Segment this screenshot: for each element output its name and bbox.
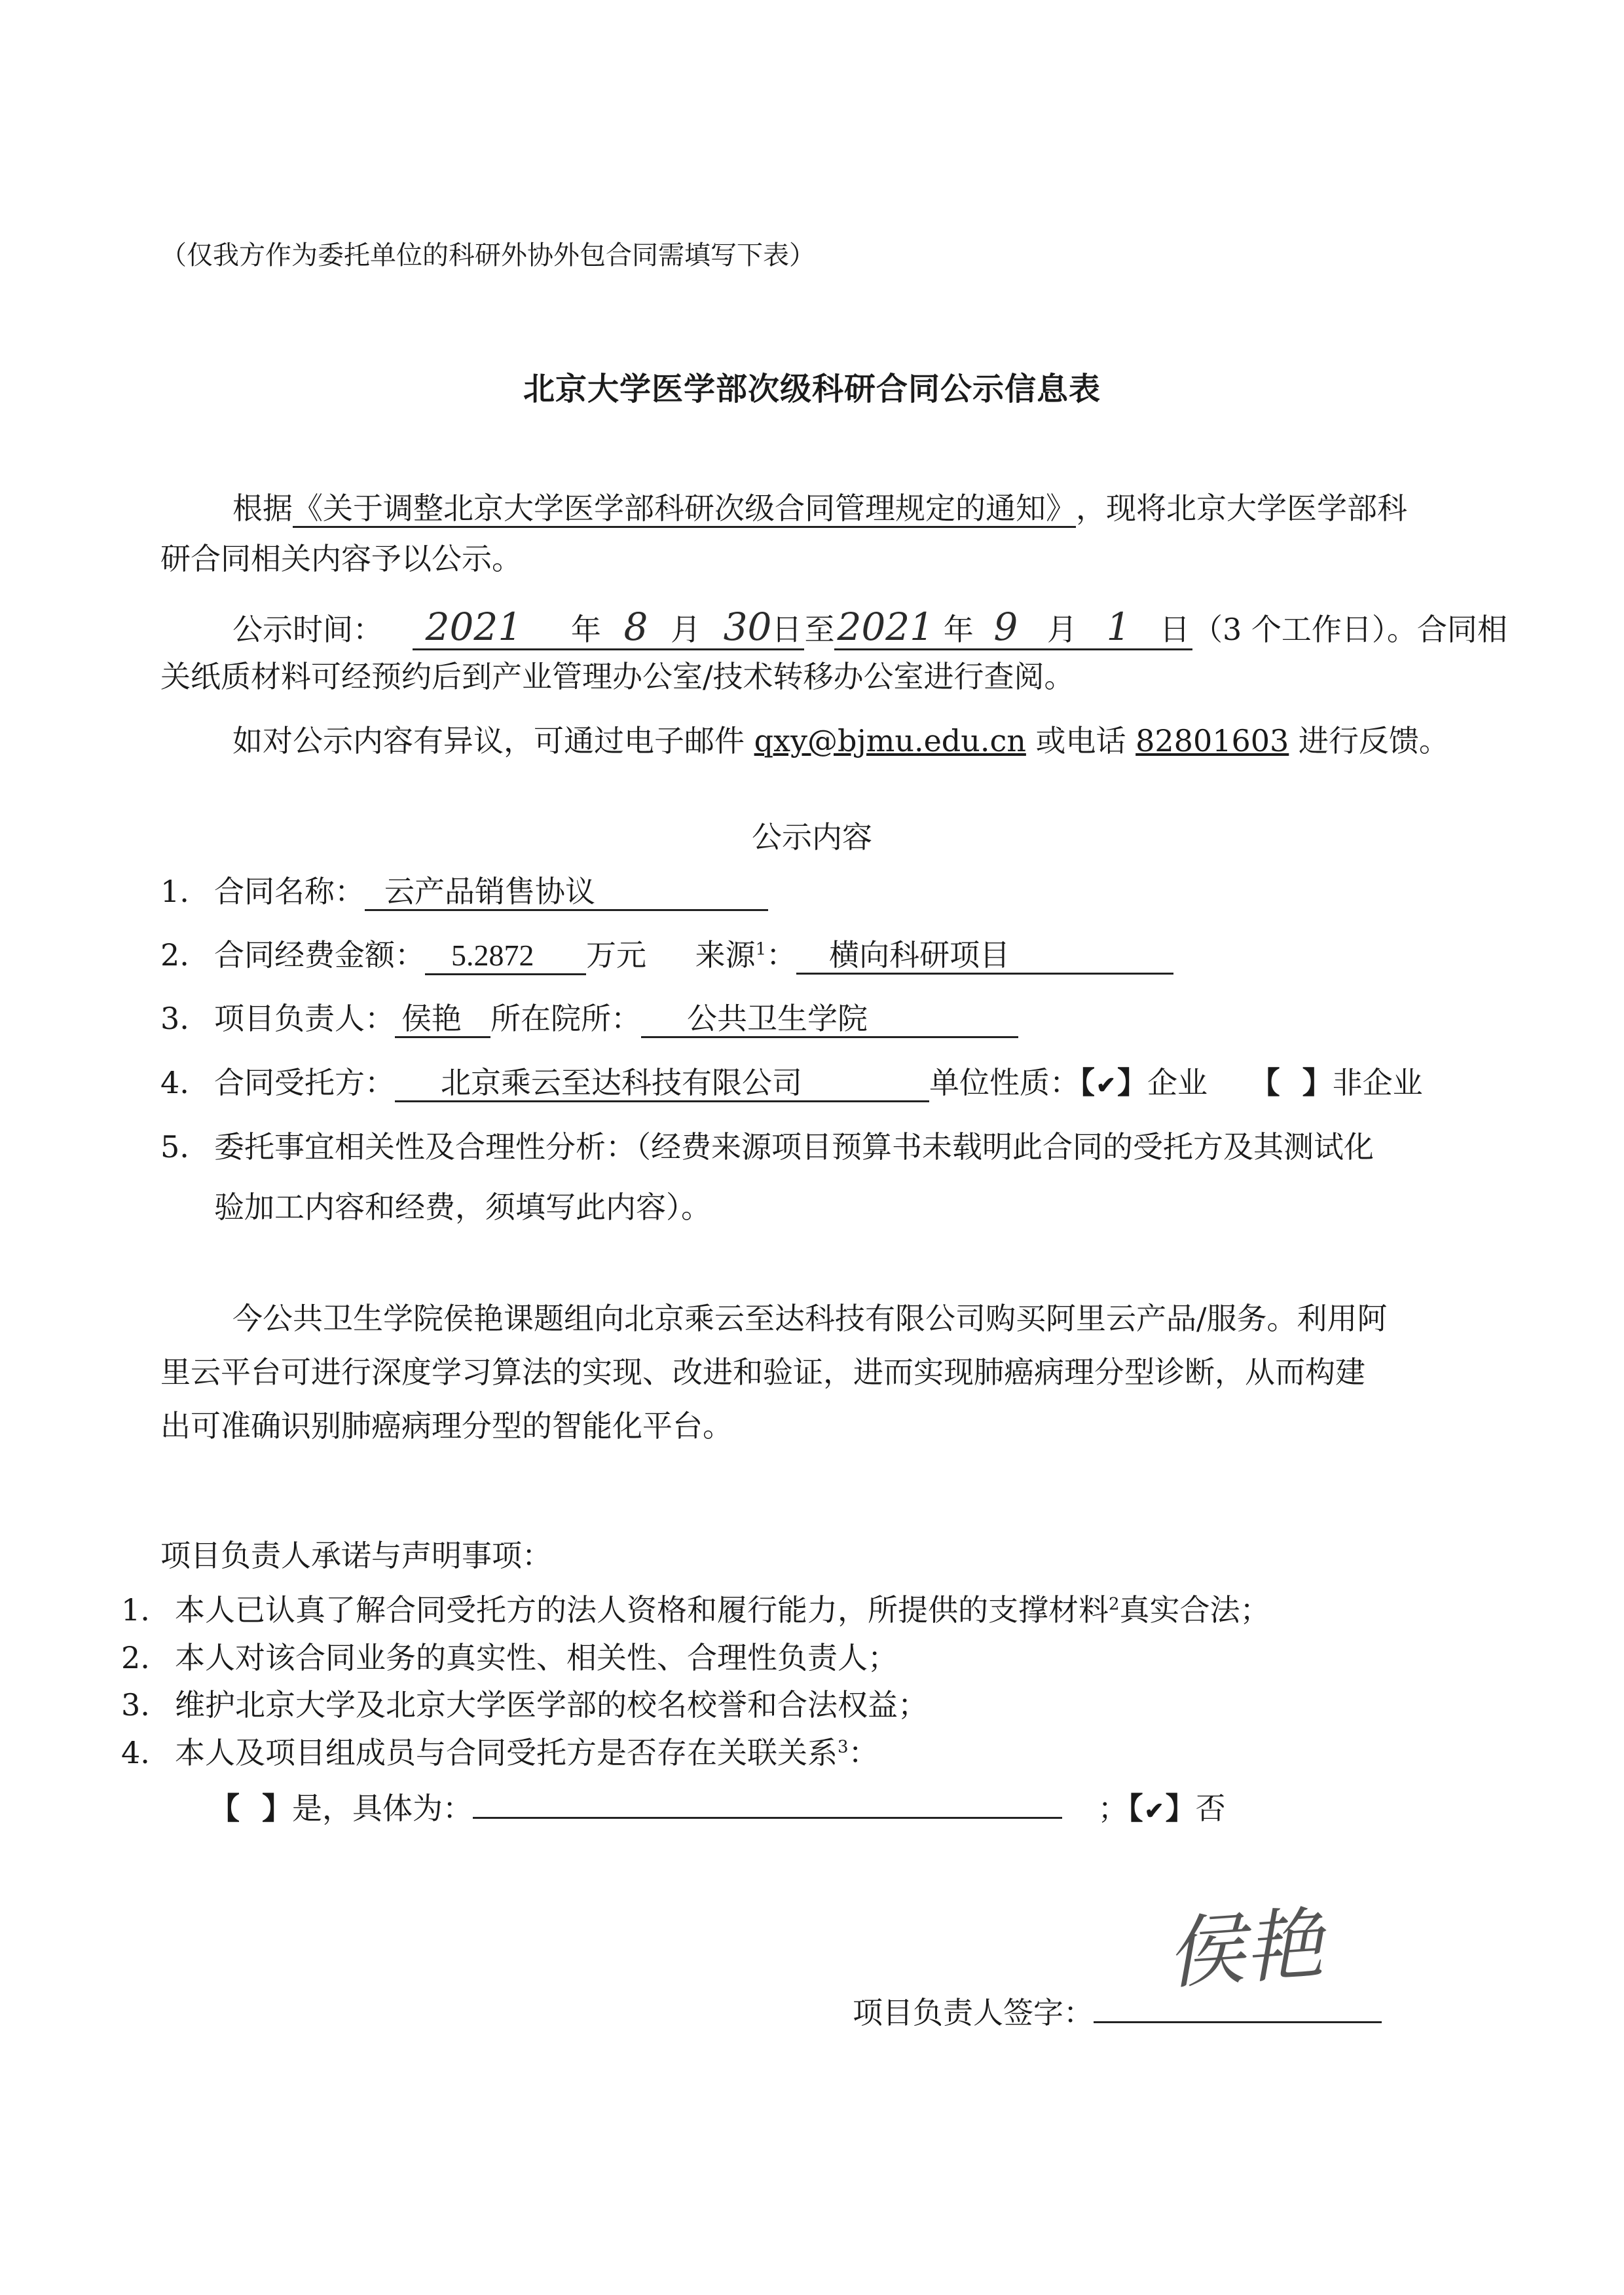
relation-line: 【】是，具体为： ；【✔】否 [210, 1787, 1226, 1823]
period-label: 公示时间： [232, 612, 383, 647]
day-char: 日 [771, 612, 802, 647]
commitment-text: 本人及项目组成员与合同受托方是否存在关联关系 [175, 1735, 838, 1770]
dept-label: 所在院所： [490, 1001, 641, 1036]
analysis-body-line-2: 里云平台可进行深度学习算法的实现、改进和验证，进而实现肺癌病理分型诊断，从而构建 [160, 1357, 1365, 1387]
feedback-email-link[interactable]: qxy@bjmu.edu.cn [754, 723, 1026, 758]
item-number: 3. [160, 1003, 214, 1034]
item-number: 5. [160, 1132, 214, 1162]
analysis-body-line-1: 今公共卫生学院侯艳课题组向北京乘云至达科技有限公司购买阿里云产品/服务。利用阿 [232, 1303, 1388, 1334]
source-colon: ： [766, 937, 796, 973]
end-date-field[interactable]: 2021 年 9 月 1 日 [834, 608, 1192, 650]
feedback-line: 如对公示内容有异议，可通过电子邮件 qxy@bjmu.edu.cn 或电话 82… [232, 726, 1449, 756]
commitment-text: 维护北京大学及北京大学医学部的校名校誉和合法权益； [175, 1687, 928, 1723]
to-char: 至 [804, 612, 834, 647]
enterprise-checkbox[interactable]: 【✔】 [1080, 1065, 1147, 1100]
item-number: 2. [121, 1643, 175, 1673]
commitment-tail: ： [849, 1735, 879, 1770]
item-contract-name: 1.合同名称：云产品销售协议 [160, 876, 768, 911]
start-day: 30 [724, 605, 772, 649]
analysis-label-line-1: 委托事宜相关性及合理性分析：（经费来源项目预算书未载明此合同的受托方及其测试化 [214, 1129, 1374, 1165]
period-line-2: 关纸质材料可经预约后到产业管理办公室/技术转移办公室进行查阅。 [160, 662, 1075, 692]
handwritten-signature: 侯艳 [1162, 1881, 1326, 2004]
month-char: 月 [671, 612, 701, 647]
item-leader: 3.项目负责人：侯艳所在院所：公共卫生学院 [160, 1003, 1018, 1038]
item-number: 1. [121, 1595, 175, 1625]
feedback-suffix: 进行反馈。 [1289, 723, 1449, 758]
source-field[interactable]: 横向科研项目 [796, 940, 1173, 975]
relation-detail-field[interactable] [473, 1787, 1062, 1819]
footnote-2-ref: 2 [1109, 1595, 1120, 1614]
item-number: 4. [160, 1068, 214, 1098]
commitment-item: 4.本人及项目组成员与合同受托方是否存在关联关系3： [121, 1738, 879, 1768]
commitments-title: 项目负责人承诺与声明事项： [160, 1540, 552, 1571]
commitment-item: 2.本人对该合同业务的真实性、相关性、合理性负责人； [121, 1643, 898, 1673]
month-char: 月 [1047, 612, 1077, 647]
analysis-body-line-3: 出可准确识别肺癌病理分型的智能化平台。 [160, 1411, 733, 1441]
commitment-item: 1.本人已认真了解合同受托方的法人资格和履行能力，所提供的支撑材料2真实合法； [121, 1595, 1270, 1625]
analysis-label-line-2: 验加工内容和经费，须填写此内容）。 [214, 1192, 711, 1222]
start-month: 8 [623, 605, 648, 649]
dept-field[interactable]: 公共卫生学院 [641, 1003, 1018, 1038]
intro-prefix: 根据 [232, 491, 293, 526]
signature-line: 项目负责人签字： [853, 1991, 1382, 2028]
end-month: 9 [993, 605, 1018, 649]
feedback-middle: 或电话 [1026, 723, 1135, 758]
footnote-1-ref: 1 [756, 940, 767, 960]
relation-no-checkbox[interactable]: 【✔】 [1128, 1791, 1196, 1826]
item-number: 1. [160, 876, 214, 906]
feedback-prefix: 如对公示内容有异议，可通过电子邮件 [232, 723, 754, 758]
end-year: 2021 [837, 605, 934, 649]
item-number: 4. [121, 1738, 175, 1768]
commitment-text: 本人对该合同业务的真实性、相关性、合理性负责人； [175, 1640, 898, 1675]
footnote-3-ref: 3 [838, 1738, 849, 1757]
check-icon: ✔ [1143, 1799, 1166, 1823]
non-enterprise-label: 非企业 [1333, 1065, 1423, 1100]
relation-no-label: 否 [1196, 1791, 1226, 1826]
intro-suffix: ，现将北京大学医学部科 [1076, 491, 1407, 526]
duration-note: （3 个工作日）。合同相 [1192, 612, 1507, 647]
header-note: （仅我方作为委托单位的科研外协外包合同需填写下表） [160, 234, 815, 272]
amount-label: 合同经费金额： [214, 937, 425, 973]
start-date-field[interactable]: 2021 年 8 月 30日 [413, 608, 805, 650]
non-enterprise-checkbox[interactable]: 【】 [1250, 1065, 1333, 1100]
commitment-text: 本人已认真了解合同受托方的法人资格和履行能力，所提供的支撑材料 [175, 1592, 1109, 1628]
separator: ； [1098, 1791, 1128, 1826]
notice-link[interactable]: 《关于调整北京大学医学部科研次级合同管理规定的通知》 [293, 493, 1076, 528]
year-char: 年 [571, 612, 601, 647]
year-char: 年 [944, 612, 974, 647]
period-line-1: 公示时间： 2021 年 8 月 30日 至 2021 年 9 月 1 日 （3… [232, 608, 1507, 650]
signature-label: 项目负责人签字： [853, 1995, 1094, 2030]
intro-line-2: 研合同相关内容予以公示。 [160, 544, 522, 574]
amount-unit: 万元 [586, 937, 646, 973]
leader-label: 项目负责人： [214, 1001, 395, 1036]
page-title: 北京大学医学部次级科研合同公示信息表 [0, 364, 1624, 409]
item-number: 2. [160, 940, 214, 970]
commitment-tail: 真实合法； [1120, 1592, 1270, 1628]
amount-field[interactable]: 5.2872 [425, 941, 586, 975]
relation-yes-checkbox[interactable]: 【】 [210, 1791, 292, 1826]
section-title: 公示内容 [0, 822, 1624, 852]
contractee-field[interactable]: 北京乘云至达科技有限公司 [395, 1068, 929, 1102]
item-amount: 2.合同经费金额：5.2872万元 来源1：横向科研项目 [160, 940, 1173, 975]
item-number: 3. [121, 1690, 175, 1720]
feedback-phone[interactable]: 82801603 [1135, 723, 1289, 758]
check-icon: ✔ [1095, 1073, 1117, 1097]
contract-name-label: 合同名称： [214, 874, 365, 909]
day-char: 日 [1160, 612, 1190, 647]
contract-name-field[interactable]: 云产品销售协议 [365, 876, 768, 911]
contractee-label: 合同受托方： [214, 1065, 395, 1100]
commitment-item: 3.维护北京大学及北京大学医学部的校名校誉和合法权益； [121, 1690, 928, 1720]
item-analysis: 5.委托事宜相关性及合理性分析：（经费来源项目预算书未载明此合同的受托方及其测试… [160, 1132, 1374, 1162]
nature-label: 单位性质： [929, 1065, 1080, 1100]
leader-field[interactable]: 侯艳 [395, 1003, 490, 1038]
enterprise-label: 企业 [1147, 1065, 1208, 1100]
intro-line-1: 根据《关于调整北京大学医学部科研次级合同管理规定的通知》，现将北京大学医学部科 [232, 493, 1407, 528]
signature-field[interactable] [1094, 1991, 1382, 2023]
end-day: 1 [1106, 605, 1130, 649]
start-year: 2021 [426, 605, 523, 649]
item-contractee: 4.合同受托方：北京乘云至达科技有限公司单位性质：【✔】企业 【】非企业 [160, 1068, 1423, 1102]
source-label: 来源 [695, 937, 756, 973]
relation-yes-label: 是，具体为： [292, 1791, 473, 1826]
